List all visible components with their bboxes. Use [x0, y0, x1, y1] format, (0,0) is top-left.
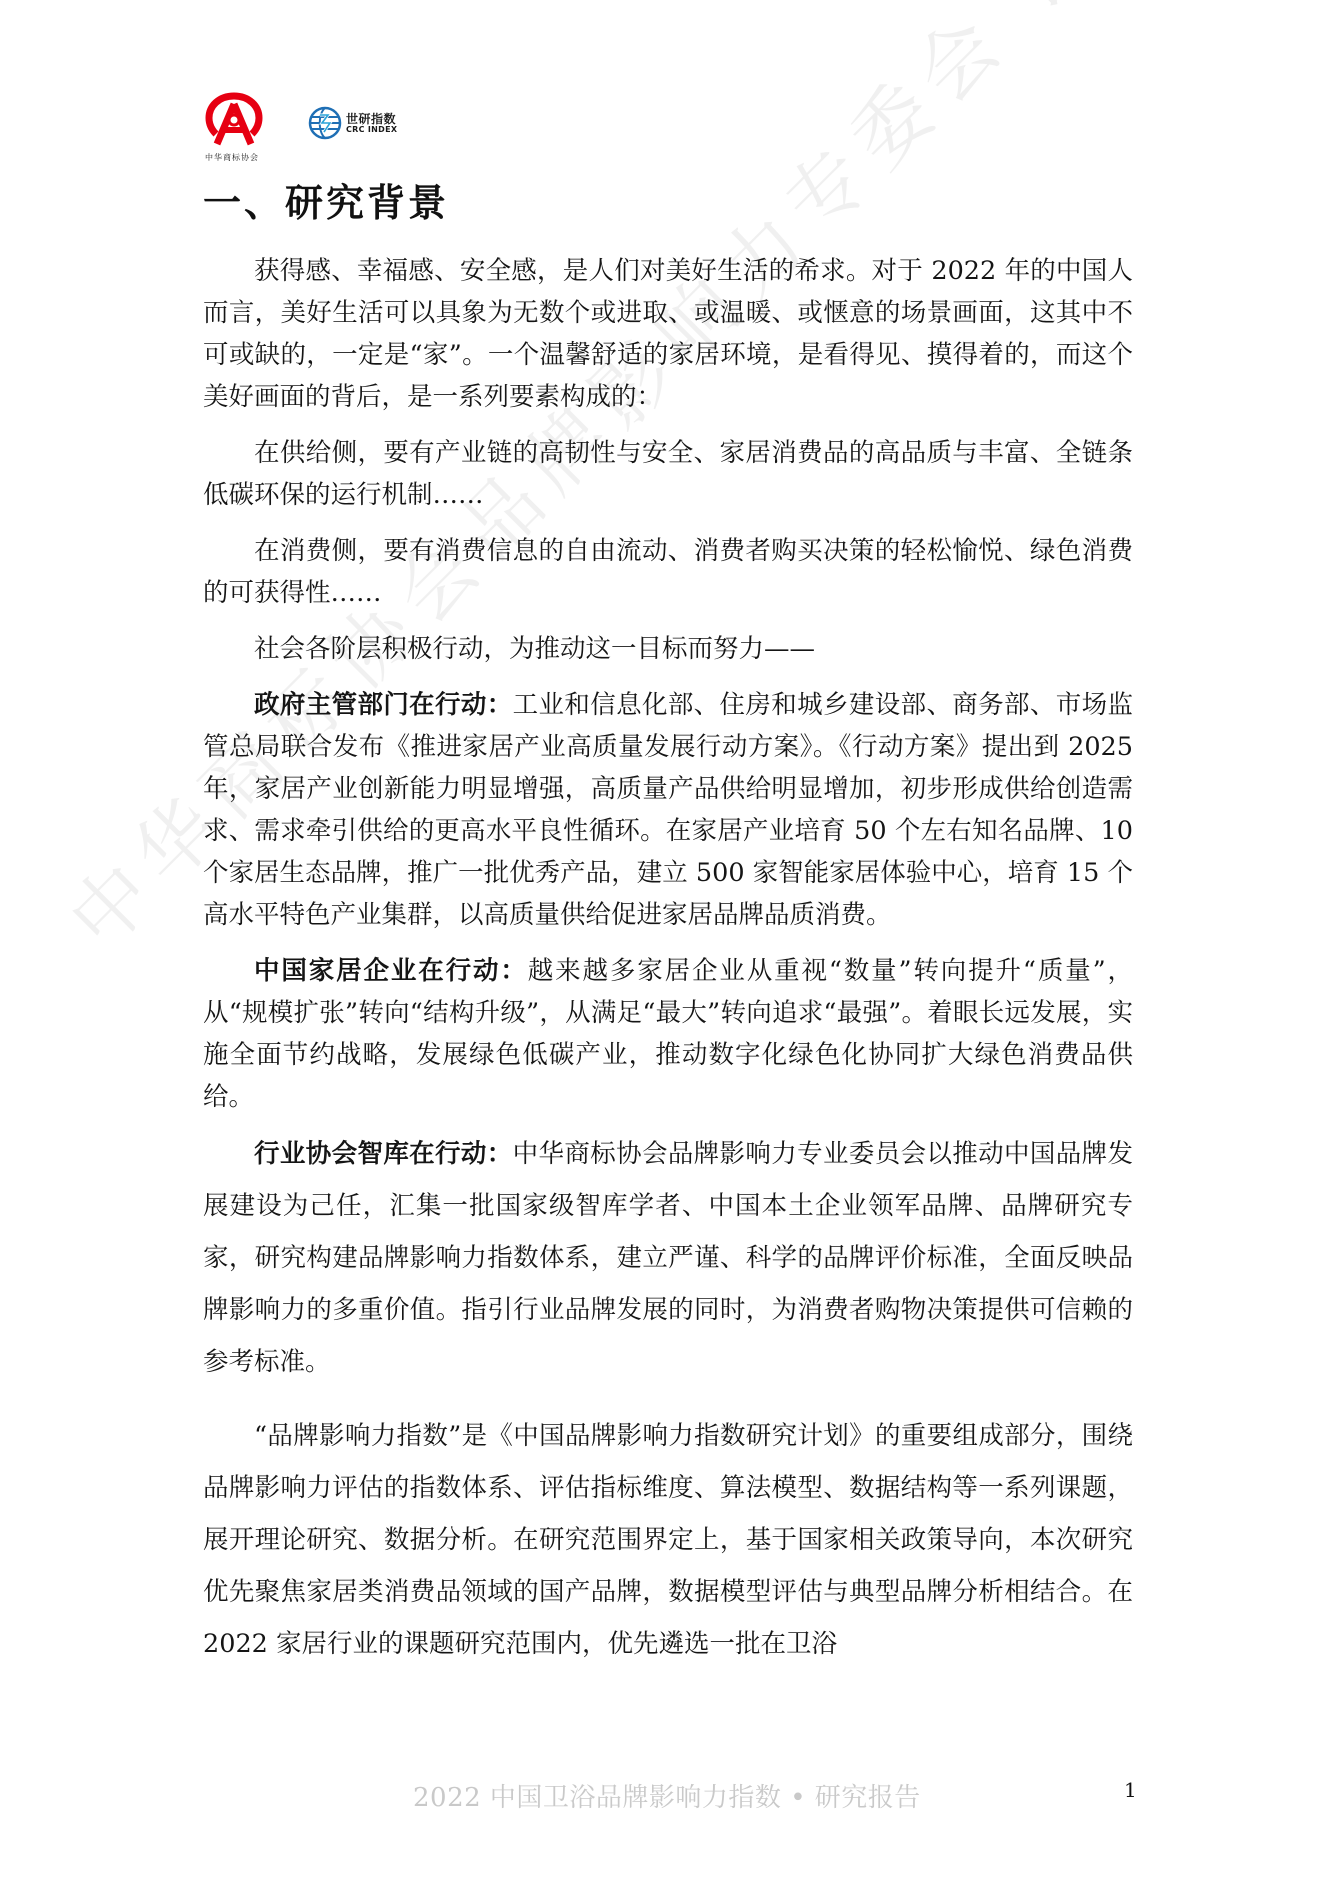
paragraph-text: 获得感、幸福感、安全感，是人们对美好生活的希求。对于 2022 年的中国人而言，… — [203, 256, 1133, 412]
paragraph-enterprises: 中国家居企业在行动：越来越多家居企业从重视“数量”转向提升“质量”，从“规模扩张… — [203, 950, 1133, 1118]
paragraph-text: 工业和信息化部、住房和城乡建设部、商务部、市场监管总局联合发布《推进家居产业高质… — [203, 690, 1133, 930]
paragraph-text: 社会各阶层积极行动，为推动这一目标而努力—— — [254, 634, 815, 664]
paragraph-consumption-side: 在消费侧，要有消费信息的自由流动、消费者购买决策的轻松愉悦、绿色消费的可获得性…… — [203, 530, 1133, 614]
crc-logo-en: CRC INDEX — [346, 126, 397, 134]
paragraph-text: 中华商标协会品牌影响力专业委员会以推动中国品牌发展建设为己任，汇集一批国家级智库… — [203, 1139, 1133, 1377]
paragraph-society: 社会各阶层积极行动，为推动这一目标而努力—— — [203, 628, 1133, 670]
crc-index-logo: 世研指数 CRC INDEX — [308, 106, 397, 140]
paragraph-text: 在消费侧，要有消费信息的自由流动、消费者购买决策的轻松愉悦、绿色消费的可获得性…… — [203, 536, 1133, 608]
crc-logo-cn: 世研指数 — [346, 113, 397, 125]
paragraph-lead: 行业协会智库在行动： — [254, 1139, 513, 1169]
paragraph-government: 政府主管部门在行动：工业和信息化部、住房和城乡建设部、商务部、市场监管总局联合发… — [203, 684, 1133, 936]
paragraph-association: 行业协会智库在行动：中华商标协会品牌影响力专业委员会以推动中国品牌发展建设为己任… — [203, 1128, 1133, 1388]
paragraph-lead: 政府主管部门在行动： — [254, 690, 513, 720]
paragraph-text: 在供给侧，要有产业链的高韧性与安全、家居消费品的高品质与丰富、全链条低碳环保的运… — [203, 438, 1133, 510]
paragraph-index-plan: “品牌影响力指数”是《中国品牌影响力指数研究计划》的重要组成部分，围绕品牌影响力… — [203, 1410, 1133, 1670]
paragraph-supply-side: 在供给侧，要有产业链的高韧性与安全、家居消费品的高品质与丰富、全链条低碳环保的运… — [203, 432, 1133, 516]
body-content: 获得感、幸福感、安全感，是人们对美好生活的希求。对于 2022 年的中国人而言，… — [203, 250, 1133, 1670]
cta-logo: 中华商标协会 — [203, 92, 278, 164]
cta-logo-icon — [203, 92, 265, 150]
paragraph-intro: 获得感、幸福感、安全感，是人们对美好生活的希求。对于 2022 年的中国人而言，… — [203, 250, 1133, 418]
document-page: 中华商标协会品牌影响力专委会 世研指数 中华商标协会 世研指 — [0, 0, 1334, 1887]
paragraph-lead: 中国家居企业在行动： — [254, 956, 528, 986]
header-logos: 中华商标协会 世研指数 CRC INDEX — [203, 92, 397, 164]
paragraph-text: “品牌影响力指数”是《中国品牌影响力指数研究计划》的重要组成部分，围绕品牌影响力… — [203, 1421, 1133, 1659]
crc-globe-icon — [308, 106, 342, 140]
cta-logo-caption: 中华商标协会 — [205, 152, 285, 163]
page-number: 1 — [1124, 1778, 1137, 1802]
section-title: 一、研究背景 — [203, 172, 449, 227]
footer-title: 2022 中国卫浴品牌影响力指数 • 研究报告 — [413, 1777, 921, 1814]
